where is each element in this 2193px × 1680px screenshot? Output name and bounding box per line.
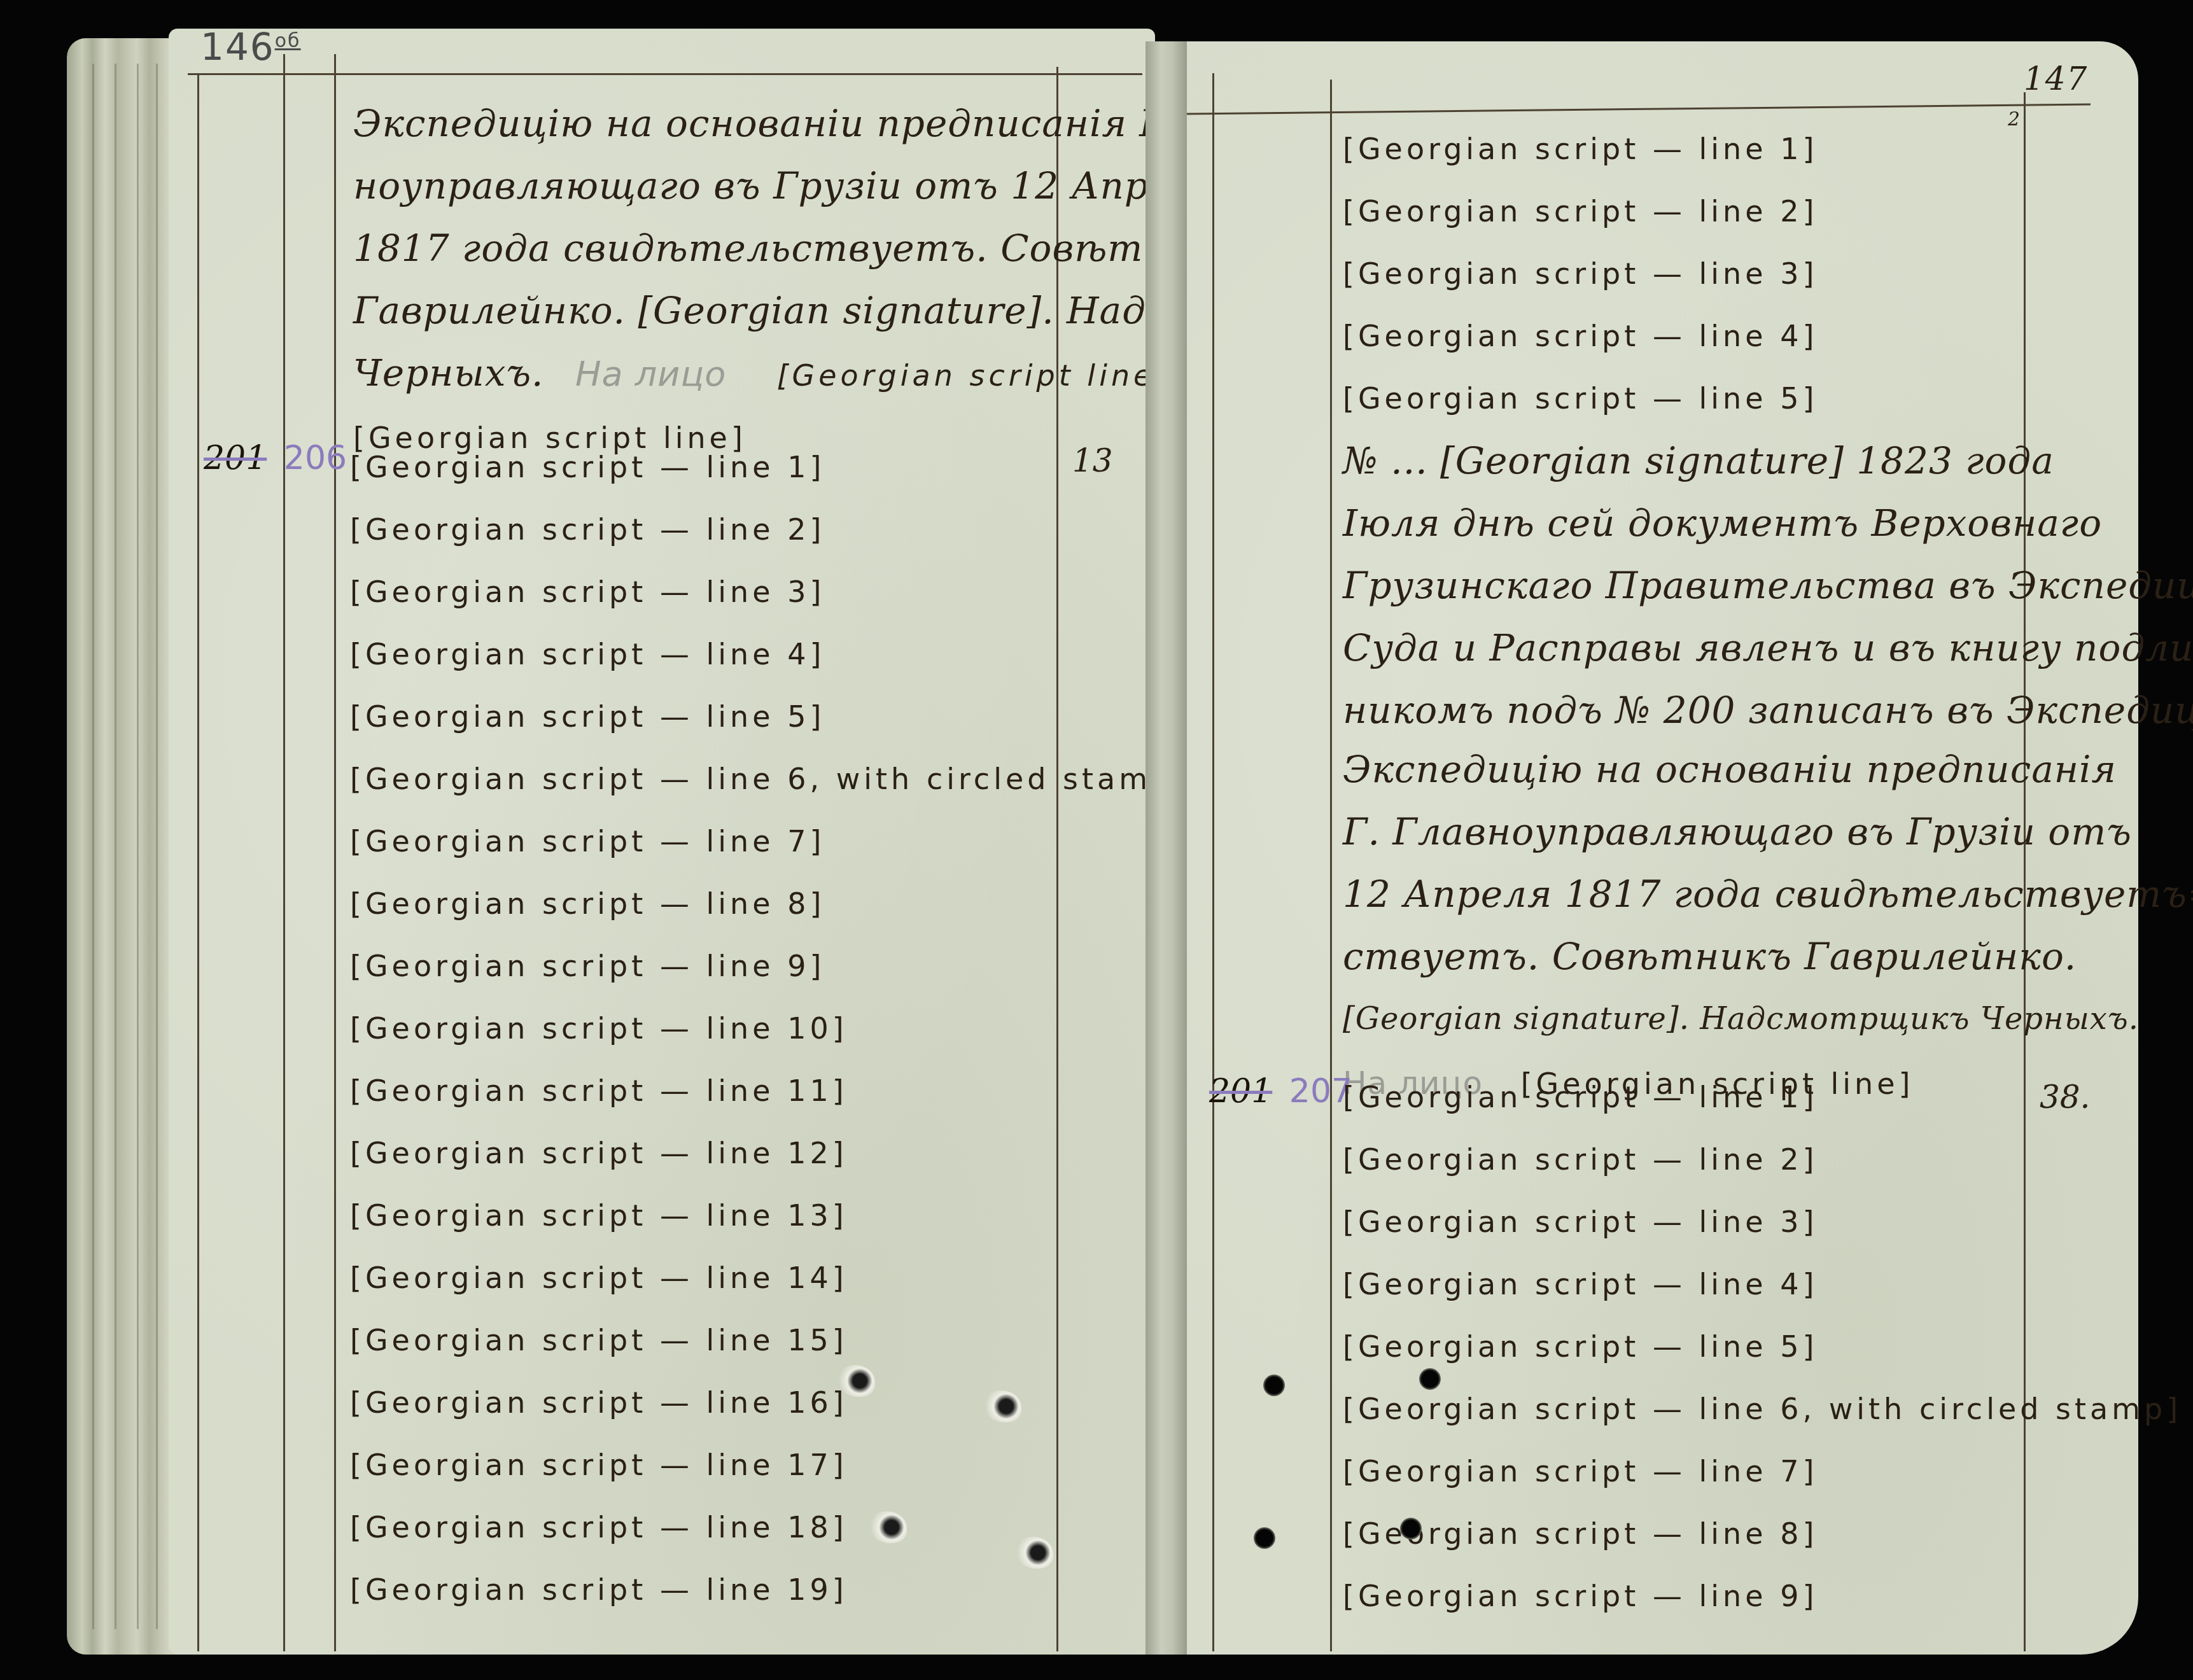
folio-number: 147 xyxy=(2024,60,2088,97)
georgian-line: [Georgian script — line 3] xyxy=(1343,1191,2024,1253)
text-line: никомъ подъ № 200 записанъ въ Экспедицiю xyxy=(1343,679,2024,741)
georgian-line: [Georgian script — line 2] xyxy=(350,498,1050,561)
georgian-line: [Georgian script — line 13] xyxy=(350,1184,1050,1247)
georgian-line: [Georgian script — line 17] xyxy=(350,1434,1050,1496)
georgian-line: [Georgian script — line 8] xyxy=(1343,1502,2024,1565)
old-entry-number: 201 xyxy=(204,439,267,477)
registration-note: № ... [Georgian signature] 1823 года Iюл… xyxy=(1343,430,2024,741)
punch-hole xyxy=(1419,1368,1441,1390)
book-gutter xyxy=(1146,41,1190,1655)
georgian-line: [Georgian script — line 4] xyxy=(1343,305,2024,367)
georgian-line: [Georgian script — line 9] xyxy=(350,935,1050,997)
open-register-book: 146об Экспедицiю на основанiи предписанi… xyxy=(0,0,2193,1680)
text-line: [Georgian signature]. Надсмотрщикъ Черны… xyxy=(1343,988,2024,1050)
punch-hole xyxy=(1400,1518,1422,1539)
text-line: ствуетъ. Совѣтникъ Гаврилейнко. xyxy=(1343,925,2024,988)
georgian-line: [Georgian script — line 15] xyxy=(350,1309,1050,1371)
georgian-line: [Georgian script — line 10] xyxy=(350,997,1050,1060)
georgian-line: [Georgian script — line 2] xyxy=(1343,180,2024,242)
new-entry-number: 206 xyxy=(284,439,347,477)
margin-note: 38. xyxy=(2040,1079,2091,1116)
text-line: Г. Главноуправляющаго въ Грузiи отъ xyxy=(1343,801,2024,863)
top-rule xyxy=(188,73,1142,75)
georgian-line: [Georgian script — line 19] xyxy=(350,1558,1050,1621)
georgian-line: [Georgian script — line 5] xyxy=(350,685,1050,748)
georgian-line: [Georgian script — line 18] xyxy=(350,1496,1050,1558)
georgian-line: [Georgian script — line 7] xyxy=(1343,1440,2024,1502)
pencil-note: На лицо xyxy=(575,354,726,394)
column-rule-1 xyxy=(1212,73,1214,1651)
left-page: 146об Экспедицiю на основанiи предписанi… xyxy=(169,29,1155,1655)
georgian-line: [Georgian script — line 3] xyxy=(350,561,1050,623)
text-line: 12 Апреля 1817 года свидѣтельствуетъ= xyxy=(1343,863,2024,925)
column-rule-2 xyxy=(1330,80,1332,1651)
entry-207-body: [Georgian script — line 1] [Georgian scr… xyxy=(1343,1066,2024,1627)
georgian-line: [Georgian script — line 7] xyxy=(350,810,1050,872)
text-line: Гаврилейнко. [Georgian signature]. Надсм… xyxy=(353,279,1053,342)
georgian-line: [Georgian script — line 8] xyxy=(350,872,1050,935)
georgian-line: [Georgian script — line 6, with circled … xyxy=(1343,1378,2024,1440)
right-page: 147 2 [Georgian script — line 1] [Georgi… xyxy=(1187,41,2138,1655)
georgian-line: [Georgian script — line 4] xyxy=(1343,1253,2024,1315)
georgian-line: [Georgian script — line 1] xyxy=(1343,118,2024,180)
expedition-certification: Экспедицiю на основанiи предписанiя Г. Г… xyxy=(353,92,1053,469)
margin-note: 13 xyxy=(1072,442,1113,479)
text-line: ноуправляющаго въ Грузiи отъ 12 Апреля xyxy=(353,155,1053,217)
expedition-certification: Экспедицiю на основанiи предписанiя Г. Г… xyxy=(1343,738,2024,1115)
georgian-line: [Georgian script — line 2] xyxy=(1343,1128,2024,1191)
georgian-line: [Georgian script — line 1] xyxy=(350,436,1050,498)
georgian-line: [Georgian script — line 5] xyxy=(1343,367,2024,430)
continuation-text: [Georgian script — line 1] [Georgian scr… xyxy=(1343,118,2024,430)
text-line: 1817 года свидѣтельствуетъ. Совѣтникъ xyxy=(353,217,1053,279)
punch-hole xyxy=(1254,1527,1275,1549)
entry-number: 201 206 xyxy=(204,439,347,477)
column-rule-2 xyxy=(283,54,285,1651)
georgian-line: [Georgian script — line 14] xyxy=(350,1247,1050,1309)
column-rule-3 xyxy=(334,54,336,1651)
text-line: Экспедицiю на основанiи предписанiя Г. Г… xyxy=(353,92,1053,155)
georgian-line: [Georgian script — line 11] xyxy=(350,1060,1050,1122)
old-entry-number: 201 xyxy=(1209,1072,1272,1110)
text-line: № ... [Georgian signature] 1823 года xyxy=(1343,430,2024,492)
georgian-line: [Georgian script — line 1] xyxy=(1343,1066,2024,1128)
georgian-line: [Georgian script — line 9] xyxy=(1343,1565,2024,1627)
text-line: Iюля днѣ сей документъ Верховнаго xyxy=(1343,492,2024,554)
entry-number: 201 207 xyxy=(1209,1072,1352,1110)
folio-number: 146об xyxy=(200,25,301,69)
text-line: Экспедицiю на основанiи предписанiя xyxy=(1343,738,2024,801)
text-line: Грузинскаго Правительства въ Экспедицiи xyxy=(1343,554,2024,617)
georgian-line: [Georgian script — line 3] xyxy=(1343,242,2024,305)
georgian-line: [Georgian script — line 6, with circled … xyxy=(350,748,1050,810)
punch-hole xyxy=(1263,1375,1285,1396)
column-rule-1 xyxy=(197,73,199,1651)
georgian-line: [Georgian script — line 12] xyxy=(350,1122,1050,1184)
georgian-line: [Georgian script — line 16] xyxy=(350,1371,1050,1434)
entry-206-body: [Georgian script — line 1] [Georgian scr… xyxy=(350,436,1050,1621)
top-rule xyxy=(1187,104,2091,115)
georgian-line: [Georgian script — line 5] xyxy=(1343,1315,2024,1378)
text-line: Черныхъ. На лицо [Georgian script line] xyxy=(353,342,1053,407)
georgian-line: [Georgian script — line 4] xyxy=(350,623,1050,685)
text-line: Суда и Расправы явленъ и въ книгу подлин… xyxy=(1343,617,2024,679)
